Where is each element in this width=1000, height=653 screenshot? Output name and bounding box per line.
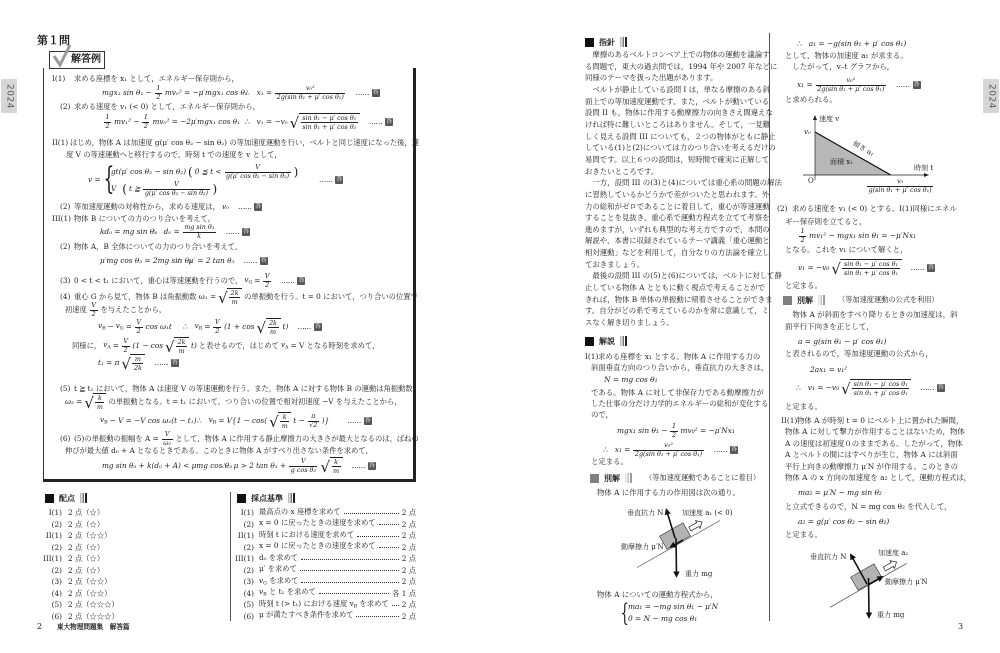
therefore-symbol: ∴ <box>797 40 802 47</box>
statement-text: と表せるので，はじめて <box>199 342 279 349</box>
answer-mark-icon: 答 <box>927 264 935 271</box>
text: 求める速度を v₁ (< 0) とする。I(1)同様にエネル <box>792 205 957 212</box>
fraction: 2km <box>176 339 187 355</box>
statement-text: 初速度 <box>65 306 87 313</box>
subscript: A <box>285 345 288 350</box>
denominator: k <box>196 233 203 241</box>
eq-term: μ > 2 tan θ₃ + <box>234 462 287 469</box>
equals-sign: = <box>204 323 210 330</box>
therefore-symbol: ∴ <box>245 118 250 125</box>
leader-dots: …… <box>243 257 256 264</box>
item-points: 各 1 点 <box>392 590 416 597</box>
subscript: G <box>248 280 252 285</box>
section-bars-icon <box>80 493 89 503</box>
statement-text: 重心 G から見て，物体 B は角振動数 ω₁ = <box>74 293 216 300</box>
leader-dots: …… <box>714 446 728 453</box>
eq-term: (1 − cos <box>133 342 163 349</box>
therefore-symbol: ∴ <box>603 446 608 453</box>
guide-line: 進めますが，いずれも典型的な考え方ですので，本問の <box>585 224 782 236</box>
fraction: m2k <box>132 356 143 372</box>
eq-term: v₁ = −v₀ <box>808 384 839 391</box>
answer-mark-icon: 答 <box>254 203 262 210</box>
eq-term: x₁ = <box>615 446 631 453</box>
fraction: sin θ₁ − μ′ cos θ₁sin θ₁ + μ′ cos θ₁ <box>301 115 358 131</box>
eq-term: d₀ = <box>164 228 180 235</box>
guide-line: ておきましょう。 <box>585 259 782 271</box>
denominator: sin θ₁ + μ′ cos θ₁ <box>842 269 899 277</box>
question-label: III(1) <box>52 215 72 222</box>
text: μ′ を求めて <box>259 564 297 573</box>
velocity-symbol: vG <box>244 276 252 286</box>
item-label: I(1) <box>234 509 254 516</box>
square-root: √sin θ₁ − μ′ cos θ₁sin θ₁ + μ′ cos θ₁ <box>841 379 911 397</box>
text: 時刻 t (> t₁) における速度 v <box>259 599 354 608</box>
leader-dots <box>379 524 399 525</box>
statement-text: (5)の単振動の振幅を A = <box>74 435 159 442</box>
leader-dots: …… <box>319 176 332 183</box>
section-bars-icon <box>288 493 297 503</box>
eq-term: 0 ≦ t < <box>195 168 222 175</box>
velocity-symbol: vB <box>209 416 217 426</box>
leader-dots: …… <box>896 81 910 88</box>
square-root: √km <box>269 412 291 430</box>
eq-term: v₁ = −v₀ <box>798 264 829 271</box>
therefore-symbol: ∴ <box>183 323 188 330</box>
section-square-icon <box>237 494 246 503</box>
item-value: 2 点（☆☆） <box>68 532 111 539</box>
section-bars-icon <box>620 336 629 346</box>
fraction: Vω₂ <box>162 431 173 447</box>
therefore-symbol: ∴ <box>245 89 250 96</box>
denominator: 2g(sin θ₁ + μ′ cos θ₁) <box>275 94 345 102</box>
therefore-symbol: ∴ <box>177 257 182 264</box>
text: を求めて <box>357 599 389 608</box>
eq-term: mv₁² − <box>114 118 139 125</box>
guide-line: 易問です。以上６つの設問は，短時間で確実に正解して <box>585 154 782 166</box>
guide-line: 相対運動」などを利用して，自分なりの方法論を確立し <box>585 247 782 259</box>
item-label: (2) <box>42 521 62 528</box>
question-label: (6) <box>60 435 72 442</box>
item-label: (2) <box>234 567 254 574</box>
guide-line: しく見える設問 III についても，２つの物体がともに静止 <box>585 131 782 143</box>
answer-mark-icon: 答 <box>368 462 376 469</box>
question-label: (3) <box>60 277 72 284</box>
equals-sign: = <box>113 342 119 349</box>
question-label: (2) <box>60 243 72 250</box>
fraction: mg sin θ₃k <box>183 224 216 240</box>
item-label: (6) <box>42 613 62 620</box>
text: 求める座標を x₁ とする。物体 A に作用する力の <box>598 353 760 360</box>
item-text: μ′ を求めて <box>259 565 297 575</box>
acceleration-arrow-icon <box>882 558 899 573</box>
numerator: sin θ₁ − μ′ cos θ₁ <box>852 381 909 390</box>
section-title: 配点 <box>59 494 75 502</box>
paren: ( <box>122 183 127 195</box>
guide-line: している(1)と(2)については力のつり合いを考えるだけの <box>585 142 782 154</box>
denominator: 2 <box>264 282 271 290</box>
square-root: √sin θ₁ − μ′ cos θ₁sin θ₁ + μ′ cos θ₁ <box>290 113 360 131</box>
answer-mark-icon: 答 <box>242 228 250 235</box>
leader-dots: …… <box>352 462 365 469</box>
section-title: 別解 <box>604 474 620 482</box>
square-root: √km <box>320 457 342 475</box>
answer-example-tag: 解答例 <box>49 51 105 69</box>
item-label: (2) <box>42 544 62 551</box>
eq-term: t − <box>293 417 304 424</box>
item-value: 2 点（☆） <box>68 567 104 574</box>
eq-term: μ′ = 2 tan θ₃ <box>189 257 235 264</box>
fraction-half: 12 <box>104 114 111 130</box>
question-label: (5) <box>60 385 72 392</box>
eq-term: x₁ = <box>797 81 813 88</box>
item-label: II(1) <box>42 532 62 539</box>
denominator: g(μ′ cos θ₂ − sin θ₂) <box>225 173 291 181</box>
denominator: g cos θ₃ <box>289 467 317 475</box>
item-text: x = 0 に戻ったときの速度を求めて <box>259 519 376 529</box>
guide-line: 解説や，本書に収録されているテーマ講義「重心運動と <box>585 235 782 247</box>
fraction: V2 <box>135 319 143 335</box>
item-label: III(1) <box>234 555 254 562</box>
fraction-half: 12 <box>799 228 806 244</box>
question-label: I(1) <box>52 75 72 82</box>
subscript: B <box>102 326 106 331</box>
item-label: (5) <box>42 601 62 608</box>
gravity-arrow-icon <box>869 578 870 617</box>
velocity-symbol: vB <box>100 416 108 426</box>
denominator: 2g(sin θ₁ + μ′ cos θ₁) <box>816 86 886 94</box>
guide-line: ければ特に難しいところはありません。そして，一見難 <box>585 119 782 131</box>
eq-term: mg sin θ₃ + k(d₀ + A) < μmg cos θ₃ <box>102 462 232 469</box>
fraction: v₀²2g(sin θ₁ + μ′ cos θ₁) <box>633 442 703 458</box>
statement-text: 等加速度運動の対称性から，求める速度は， <box>74 203 220 210</box>
numerator: m <box>132 356 143 365</box>
velocity-symbol: vB <box>98 322 106 332</box>
guide-paragraphs: 摩擦のあるベルトコンベア上での物体の運動を議論す る問題で，東大の過去問では，1… <box>585 49 782 328</box>
denominator: sin θ₁ + μ′ cos θ₁ <box>301 123 358 131</box>
subscript: B <box>104 420 108 425</box>
numerator: k <box>280 414 289 423</box>
item-value: 2 点（☆☆） <box>68 578 111 585</box>
answer-mark-icon: 答 <box>730 446 738 453</box>
square-root: √sin θ₁ − μ′ cos θ₁sin θ₁ + μ′ cos θ₁ <box>831 259 901 277</box>
item-points: 2 点 <box>402 521 416 528</box>
section-square-icon <box>585 337 594 346</box>
statement-text: 伸びが最大値 d₀ + A となるときである。このときに物体 A がすべり出さな… <box>65 447 373 454</box>
item-points: 2 点 <box>402 555 416 562</box>
section-title: 指針 <box>599 38 615 46</box>
numerator: k <box>95 395 104 404</box>
leader-dots <box>392 605 399 606</box>
velocity-symbol: vB <box>195 322 203 332</box>
denominator: 2 <box>214 328 221 336</box>
answer-example-label: 解答例 <box>71 55 101 65</box>
statement-text: = V となる時刻を求めて， <box>291 342 380 349</box>
answer-mark-icon: 答 <box>260 257 268 264</box>
eq-term: a₁ = −g(sin θ₁ + μ′ cos θ₁) <box>809 40 907 47</box>
fraction: V2 <box>263 273 271 289</box>
leader-dots <box>301 559 399 560</box>
denominator: 2 <box>122 347 129 355</box>
eq-term: − V = −V cos ω₂(t − t₁) <box>110 417 197 424</box>
fraction: km <box>95 395 104 411</box>
leader-dots: …… <box>154 359 167 366</box>
item-text: x = 0 に戻ったときの速度を求めて <box>259 542 376 552</box>
item-value: 2 点（☆） <box>68 555 104 562</box>
subscript: B <box>213 420 217 425</box>
denominator: 2 <box>670 432 677 440</box>
item-points: 2 点 <box>402 567 416 574</box>
fraction: km <box>280 414 289 430</box>
section-note: （等加速度運動であることに着目） <box>645 474 760 481</box>
eq-term: (1 + cos <box>224 323 254 330</box>
item-value: 2 点（☆） <box>68 544 104 551</box>
fraction: 2km <box>268 320 279 336</box>
answer-mark-icon: 答 <box>314 323 322 330</box>
denominator: m <box>177 347 186 355</box>
text: μ が満たすべき条件を求めて <box>259 610 353 619</box>
square-root: √km <box>84 393 106 411</box>
velocity-symbol: vA <box>103 341 111 351</box>
leader-dots: …… <box>281 277 294 284</box>
fraction: π√2 <box>308 413 319 429</box>
square-root: √2km <box>165 337 189 355</box>
text: を求めて <box>267 576 299 585</box>
guide-line: することを見抜き，重心系で運動方程式を立てて考察を <box>585 212 782 224</box>
fraction: v₀g(sin θ₁ + μ′ cos θ₁) <box>867 178 933 194</box>
eq-term: v₁ = −v₀ <box>257 118 288 125</box>
numerator: sin θ₁ − μ′ cos θ₁ <box>301 115 358 124</box>
item-points: 2 点 <box>402 578 416 585</box>
fraction-half: 12 <box>155 85 162 101</box>
statement-text: の単振動となる。t = t₁ において，つり合いの位置で相対初速度 −V を与え… <box>108 398 401 405</box>
answer-mark-icon: 答 <box>385 118 393 125</box>
paren: ) <box>213 183 218 195</box>
text: と t₁ を求めて <box>267 587 316 596</box>
text: 物体 A が時刻 t = 0 にベルト上に置かれた瞬間， <box>797 417 963 424</box>
item-value: 2 点（☆） <box>68 521 104 528</box>
velocity-symbol: vA <box>281 341 289 351</box>
item-label: (3) <box>42 578 62 585</box>
item-label: III(1) <box>42 555 62 562</box>
fraction-half: 12 <box>142 114 149 130</box>
square-root: √2km <box>218 288 242 306</box>
fraction: Vg(μ′ cos θ₂ − sin θ₂) <box>143 181 209 197</box>
question-label: (2) <box>777 205 790 212</box>
denominator: 2 <box>142 123 149 131</box>
denominator: √2 <box>308 422 319 430</box>
eq-term: mgx₁ sin θ₁ − <box>102 89 152 96</box>
guide-line: 設問 II も，物体に作用する動摩擦力の向きさえ間違えな <box>585 107 782 119</box>
question-label: I(1) <box>585 353 596 360</box>
denominator: 2g(sin θ₁ + μ′ cos θ₁) <box>633 451 703 459</box>
fraction: 2km <box>229 290 240 306</box>
text: d₀ を求めて <box>259 553 298 562</box>
eq-term: mv₁² − mgx₁ sin θ₁ = −μ′Nx₁ <box>809 232 916 239</box>
fraction: v₀²2g(sin θ₁ + μ′ cos θ₁) <box>816 77 886 93</box>
answer-mark-icon: 答 <box>335 176 343 183</box>
section-title: 解説 <box>599 337 615 345</box>
item-points: 2 点 <box>402 613 416 620</box>
item-label: (3) <box>234 578 254 585</box>
leader-dots: …… <box>911 264 925 271</box>
eq-term: v = <box>88 176 101 183</box>
guide-line: ベルトが静止している設問 I は，単なる摩擦のある斜 <box>585 84 782 96</box>
item-points: 2 点 <box>402 509 416 516</box>
section-title: 別解 <box>797 296 813 304</box>
eq-term: t) <box>191 342 197 349</box>
text: x = 0 に戻ったときの速度を求めて <box>259 541 376 550</box>
eq-term: x₁ = <box>257 89 272 96</box>
subscript: A <box>107 345 110 350</box>
leader-dots <box>357 536 399 537</box>
statement-text: 同様に， <box>72 342 101 349</box>
velocity-symbol: vG <box>116 322 124 332</box>
therefore-symbol: ∴ <box>152 228 157 235</box>
answer-mark-icon: 答 <box>372 89 380 96</box>
section-bars-icon <box>625 473 634 483</box>
leader-dots: …… <box>238 203 251 210</box>
numerator: 2k <box>268 320 279 329</box>
subscript: G <box>120 326 124 331</box>
denominator: m <box>95 403 104 411</box>
item-points: 2 点 <box>402 601 416 608</box>
item-text: 最高点の x 座標を求めて <box>259 508 341 518</box>
fraction: Vg(μ′ cos θ₂ − sin θ₂) <box>225 164 291 180</box>
eq-term: ω₂ = <box>65 398 82 405</box>
fraction: km <box>332 459 341 475</box>
fraction: Vg cos θ₃ <box>289 458 317 474</box>
paren: ) <box>294 166 299 178</box>
item-text: vG を求めて <box>259 577 298 587</box>
statement-text: の単振動を行う。t = 0 において，つり合いの位置で <box>244 293 418 300</box>
numerator: k <box>332 459 341 468</box>
question-label: (4) <box>60 293 72 300</box>
section-bars-icon <box>620 37 629 47</box>
fraction: sin θ₁ − μ′ cos θ₁sin θ₁ + μ′ cos θ₁ <box>842 261 899 277</box>
question-label: II(1) <box>52 139 68 146</box>
eq-term: = V{1 − cos( <box>218 417 267 424</box>
eq-term: V <box>111 185 116 192</box>
answer-mark-icon: 答 <box>937 384 945 391</box>
text: 時刻 t における速度を求めて <box>259 530 354 539</box>
fraction: sin θ₁ − μ′ cos θ₁sin θ₁ + μ′ cos θ₁ <box>852 381 909 397</box>
item-label: II(1) <box>234 532 254 539</box>
guide-line: 最後の設問 III の(5)と(6)については，ベルトに対して静 <box>585 270 782 282</box>
eq-term: t ≧ <box>129 185 140 192</box>
statement-text: 物体 B についての力のつり合いを考えて， <box>74 215 215 222</box>
therefore-symbol: ∴ <box>197 417 202 424</box>
item-label: (4) <box>42 590 62 597</box>
item-value: 2 点（☆☆☆） <box>68 613 119 620</box>
section-note: （等加速度運動の公式を利用） <box>838 296 939 303</box>
equals-sign: = <box>254 277 260 284</box>
statement-text: 求める速度を v₁ (< 0) として，エネルギー保存則から， <box>74 103 260 110</box>
denominator: 2 <box>104 123 111 131</box>
denominator: m <box>269 328 278 336</box>
statement-text: を与えたことから， <box>101 306 167 313</box>
item-points: 2 点 <box>402 544 416 551</box>
equals-sign: = <box>126 323 132 330</box>
denominator: m <box>332 467 341 475</box>
fraction: v₀²2g(sin θ₁ + μ′ cos θ₁) <box>275 85 345 101</box>
denominator: 2 <box>799 237 806 245</box>
section-square-icon <box>783 296 792 305</box>
denominator: sin θ₁ + μ′ cos θ₁ <box>852 389 909 397</box>
eq-term: mv₀² = −2μ′mgx₁ cos θ₁ <box>152 118 240 125</box>
text: x = 0 に戻ったときの速度を求めて <box>259 518 376 527</box>
minus-sign: − <box>108 323 114 330</box>
leader-dots <box>300 570 399 571</box>
text: 最高点の x 座標を求めて <box>259 507 341 516</box>
denominator: m <box>230 298 239 306</box>
guide-line: 同様のテーマを扱った出題があります。 <box>585 72 782 84</box>
statement-text: はじめ，物体 A は加速度 g(μ′ cos θ₂ − sin θ₂) の等加速… <box>70 139 419 146</box>
statement-text: 度 V の等速運動へと移行するので，時刻 t での速度を v として， <box>66 151 282 158</box>
denominator: g(sin θ₁ + μ′ cos θ₁) <box>867 187 933 195</box>
leader-dots <box>379 547 399 548</box>
item-points: 2 点 <box>402 532 416 539</box>
item-label: (2) <box>42 567 62 574</box>
statement-text: として，物体 A に作用する静止摩擦力の大きさが最大となるのは，ばねの <box>176 435 419 442</box>
guide-line: に習熟しているかどうかで差がついたと思われます。外 <box>585 189 782 201</box>
leader-dots: …… <box>297 323 310 330</box>
section-title: 採点基準 <box>251 494 283 502</box>
eq-term: t) <box>283 323 289 330</box>
leader-dots: …… <box>355 89 368 96</box>
item-value: 2 点（☆☆） <box>68 590 111 597</box>
eq-term: mv₀² = −μ′mgx₁ cos θ₁ <box>165 89 248 96</box>
guide-line: スなく解き切りましょう。 <box>585 317 782 329</box>
eq-term: mgx₁ sin θ₁ − <box>617 427 667 434</box>
denominator: 2 <box>155 94 162 102</box>
item-text: 時刻 t における速度を求めて <box>259 531 354 541</box>
leader-dots <box>319 593 389 594</box>
guide-line: 摩擦のあるベルトコンベア上での物体の運動を議論す <box>585 49 782 61</box>
question-label: (2) <box>60 103 72 110</box>
guide-line: 止している物体 A とともに動く視点で考えることがで <box>585 282 782 294</box>
therefore-symbol: ∴ <box>222 462 227 469</box>
leader-dots: …… <box>369 118 382 125</box>
eq-term: gt(μ′ cos θ₂ − sin θ₂) <box>111 168 186 175</box>
item-text: μ が満たすべき条件を求めて <box>259 611 353 621</box>
eq-term: mv₀² = −μ′Nx₁ <box>681 427 735 434</box>
section-bars-icon <box>818 295 827 305</box>
leader-dots <box>344 513 399 514</box>
item-label: (5) <box>234 601 254 608</box>
statement-text: 求める座標を x₁ として，エネルギー保存則から， <box>74 75 239 82</box>
denominator: m <box>280 422 289 430</box>
item-label: (2) <box>234 521 254 528</box>
section-square-icon <box>45 494 54 503</box>
section-square-icon <box>590 474 599 483</box>
leader-dots <box>301 582 398 583</box>
answer-value: v₀ <box>222 203 229 210</box>
answer-mark-icon: 答 <box>297 277 305 284</box>
answer-mark-icon: 答 <box>364 417 372 424</box>
numerator: 2k <box>229 290 240 299</box>
year-side-tab-left: 2024 <box>1 79 17 113</box>
fraction-half: 12 <box>670 423 677 439</box>
leader-dots: …… <box>347 417 360 424</box>
guide-line: す。自分がどの系で考えているのかを常に意識して，ミ <box>585 305 782 317</box>
item-value: 2 点（☆） <box>68 509 104 516</box>
guide-line: 一方，設問 III の(3)と(4)については重心系の問題の解法 <box>585 177 782 189</box>
denominator: 2 <box>135 328 142 336</box>
eq-term: kd₀ = mg sin θ₃ <box>100 228 157 235</box>
denominator: g(μ′ cos θ₂ − sin θ₂) <box>143 190 209 198</box>
statement-text: 0 < t < t₁ において，重心は等速運動を行うので， <box>74 277 242 284</box>
item-label: I(1) <box>42 509 62 516</box>
